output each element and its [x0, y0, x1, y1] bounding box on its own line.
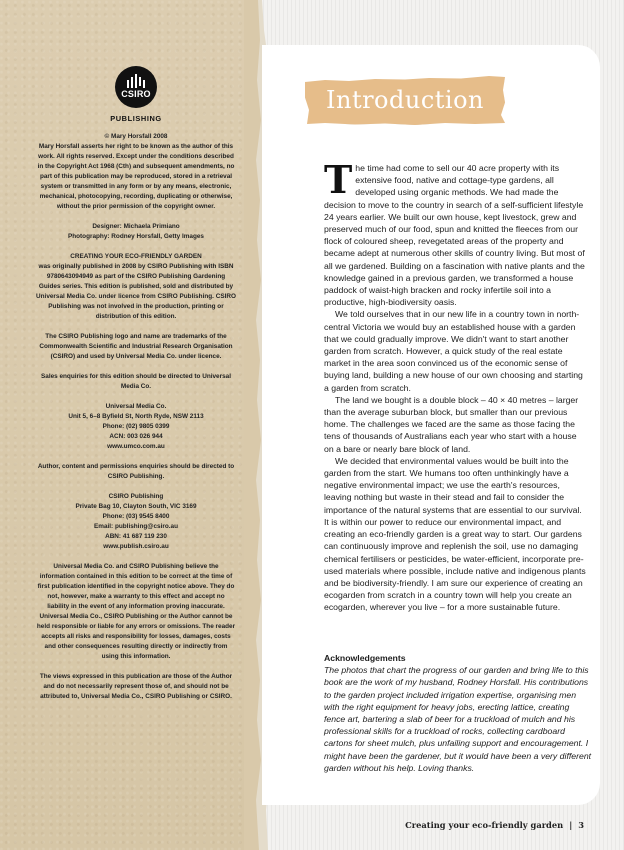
page-title: Introduction [305, 86, 505, 114]
acknowledgements: Acknowledgements The photos that chart t… [324, 652, 592, 774]
csiro-bars-icon [126, 74, 146, 88]
author-enquiries: Author, content and permissions enquirie… [36, 462, 236, 482]
footer-separator: | [569, 820, 572, 830]
trademark-notice: The CSIRO Publishing logo and name are t… [36, 332, 236, 362]
logo-name: CSIRO [115, 89, 157, 99]
intro-body: The time had come to sell our 40 acre pr… [324, 162, 588, 614]
imprint-column: CSIRO PUBLISHING © Mary Horsfall 2008 Ma… [36, 60, 236, 712]
logo-subtitle: PUBLISHING [36, 114, 236, 124]
acknowledgements-text: The photos that chart the progress of ou… [324, 664, 592, 774]
drop-cap: T [324, 164, 352, 196]
paragraph-3: The land we bought is a double block – 4… [324, 394, 588, 455]
csiro-name: CSIRO Publishing [36, 492, 236, 502]
paragraph-4: We decided that environmental values wou… [324, 455, 588, 614]
csiro-abn: ABN: 41 687 119 230 [36, 532, 236, 542]
page-number: 3 [578, 820, 584, 830]
csiro-logo-icon: CSIRO [115, 66, 157, 108]
copyright-line: © Mary Horsfall 2008 [36, 132, 236, 142]
title-banner: Introduction [305, 75, 505, 125]
umco-web: www.umco.com.au [36, 442, 236, 452]
rights-notice: Mary Horsfall asserts her right to be kn… [36, 142, 236, 212]
acknowledgements-title: Acknowledgements [324, 652, 592, 664]
umco-address: Unit 5, 6–8 Byfield St, North Ryde, NSW … [36, 412, 236, 422]
running-title: Creating your eco-friendly garden [405, 820, 563, 830]
csiro-phone: Phone: (03) 9545 8400 [36, 512, 236, 522]
umco-name: Universal Media Co. [36, 402, 236, 412]
designer-credit: Designer: Michaela Primiano [36, 222, 236, 232]
photography-credit: Photography: Rodney Horsfall, Getty Imag… [36, 232, 236, 242]
paragraph-2: We told ourselves that in our new life i… [324, 308, 588, 393]
sales-enquiries: Sales enquiries for this edition should … [36, 372, 236, 392]
csiro-address: Private Bag 10, Clayton South, VIC 3169 [36, 502, 236, 512]
umco-phone: Phone: (02) 9805 0399 [36, 422, 236, 432]
csiro-email: Email: publishing@csiro.au [36, 522, 236, 532]
csiro-web: www.publish.csiro.au [36, 542, 236, 552]
disclaimer: Universal Media Co. and CSIRO Publishing… [36, 562, 236, 662]
umco-acn: ACN: 003 026 944 [36, 432, 236, 442]
views-notice: The views expressed in this publication … [36, 672, 236, 702]
edition-title: CREATING YOUR ECO-FRIENDLY GARDEN [36, 252, 236, 262]
paragraph-1: The time had come to sell our 40 acre pr… [324, 162, 588, 308]
edition-text: was originally published in 2008 by CSIR… [36, 262, 236, 322]
page-footer: Creating your eco-friendly garden|3 [405, 820, 584, 830]
